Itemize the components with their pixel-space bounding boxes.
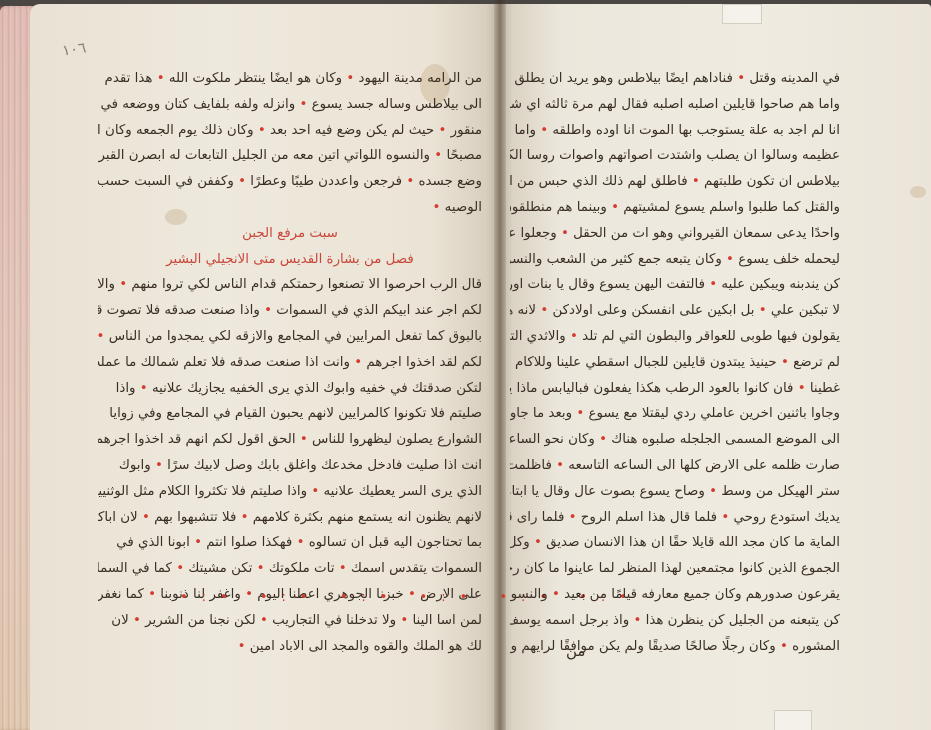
text-line: وضع جسده • فرجعن واعددن طيبًا وعطرًا • و… (98, 169, 482, 195)
rubric-dot: • (781, 355, 789, 370)
text-line: انا لم اجد به علة يستوجب بها الموت انا ا… (510, 118, 840, 144)
rubric-dot: • (264, 303, 272, 318)
rubric-dot: • (570, 329, 578, 344)
rubric-dot: • (300, 97, 308, 112)
text-line: بيلاطس ان تكون طلبتهم • فاطلق لهم ذلك ال… (510, 169, 840, 195)
text-line: منقور • حيث لم يكن وضع فيه احد بعد • وكا… (98, 118, 482, 144)
rubric-dot: • (759, 303, 767, 318)
rubric-dot: • (433, 200, 441, 215)
rubric-dot: • (354, 355, 362, 370)
rubric-dot: • (339, 561, 347, 576)
rubric-dot: • (148, 587, 156, 602)
rubric-dot: • (552, 587, 560, 602)
open-manuscript: ١٠٦ من الرامه مدينة اليهود • وكان هو ايض… (0, 0, 931, 730)
text-line: صليتم فلا تكونوا كالمرايين لانهم يحبون ا… (98, 401, 482, 427)
rubric-dot: • (300, 432, 308, 447)
text-line: لكم اجر عند ابيكم الذي في السموات • واذا… (98, 298, 482, 324)
text-line: الوصيه • (98, 195, 482, 221)
text-line: بالبوق كما تفعل المرايين في المجامع والا… (98, 324, 482, 350)
text-line: لكم لقد اخذوا اجرهم • وانت اذا صنعت صدقه… (98, 350, 482, 376)
book-gutter (494, 0, 506, 730)
rubric-dot: • (434, 148, 442, 163)
text-line: ليحمله خلف يسوع • وكان يتبعه جمع كثير من… (510, 247, 840, 273)
text-line: انت اذا صليت فادخل مخدعك واغلق بابك وصل … (98, 453, 482, 479)
text-line: لانهم يظنون انه يستمع منهم بكثرة كلامهم … (98, 505, 482, 531)
right-page-text: في المدينه وقتل • فناداهم ايضًا بيلاطس و… (510, 66, 840, 659)
paper-tab (774, 710, 812, 730)
text-line: الجموع الذين كانوا مجتمعين لهذا المنظر ل… (510, 556, 840, 582)
text-line: ستر الهيكل من وسط • وصاح يسوع بصوت عال و… (510, 479, 840, 505)
text-line: الماية ما كان مجد الله قايلا حقًا ان هذا… (510, 530, 840, 556)
rubric-dot: • (721, 510, 729, 525)
rubric-dot: • (569, 510, 577, 525)
text-line: واما هم صاحوا قايلين اصلبه اصلبه فقال له… (510, 92, 840, 118)
rubric-dot: • (406, 174, 414, 189)
text-line: بما تحتاجون اليه قبل ان تسالوه • فهكذا ص… (98, 530, 482, 556)
text-line: في المدينه وقتل • فناداهم ايضًا بيلاطس و… (510, 66, 840, 92)
text-line: من الرامه مدينة اليهود • وكان هو ايضًا ي… (98, 66, 482, 92)
text-line: قال الرب احرصوا الا تصنعوا رحمتكم قدام ا… (98, 272, 482, 298)
text-line: الشوارع يصلون ليظهروا للناس • الحق اقول … (98, 427, 482, 453)
rubric-dot: • (142, 510, 150, 525)
rubric-dot: • (98, 329, 104, 344)
rubric-dot: • (257, 561, 265, 576)
text-line: السموات يتقدس اسمك • تات ملكوتك • تكن مش… (98, 556, 482, 582)
rubric-dot: • (140, 381, 148, 396)
rubric-dot: • (561, 226, 569, 241)
rubric-heading: سبت مرفع الجبن (98, 221, 482, 247)
rubric-dot: • (176, 561, 184, 576)
rubric-dot: • (709, 277, 717, 292)
rubric-dot: • (311, 484, 319, 499)
rubric-dot: • (576, 406, 584, 421)
text-line: مصبحًا • والنسوه اللواتي اتين معه من الج… (98, 143, 482, 169)
rubric-dot: • (780, 639, 788, 654)
text-line: صارت ظلمه على الارض كلها الى الساعه التا… (510, 453, 840, 479)
text-line: المشوره • وكان رجلًا صالحًا صديقًا ولم ي… (510, 634, 840, 660)
rubric-dot: • (400, 613, 408, 628)
folio-number: ١٠٦ (61, 38, 87, 59)
text-line: لك هو الملك والقوه والمجد الى الاباد امي… (98, 634, 482, 660)
rubric-dot: • (556, 458, 564, 473)
rubric-dot: • (438, 123, 446, 138)
rubric-dot: • (633, 613, 641, 628)
rubric-dot: • (611, 200, 619, 215)
text-line: الذي يرى السر يعطيك علانيه • واذا صليتم … (98, 479, 482, 505)
rubric-dot: • (194, 535, 202, 550)
catchword: من (566, 642, 585, 660)
text-line: الى الموضع المسمى الجلجله صلبوه هناك • و… (510, 427, 840, 453)
text-line: يديك استودع روحي • فلما قال هذا اسلم الر… (510, 505, 840, 531)
text-line: وجاوا باثنين اخرين عاملي ردي ليقتلا مع ي… (510, 401, 840, 427)
rubric-dot: • (133, 613, 141, 628)
text-line: لم ترضع • حينيذ يبتدون قايلين للجبال اسق… (510, 350, 840, 376)
text-line: عظيمه وسالوا ان يصلب واشتدت اصواتهم واصو… (510, 143, 840, 169)
rubric-dot: • (260, 613, 268, 628)
left-page-text: من الرامه مدينة اليهود • وكان هو ايضًا ي… (98, 66, 482, 659)
text-line: لا تبكين علي • بل ابكين على انفسكن وعلى … (510, 298, 840, 324)
rubric-dot: • (599, 432, 607, 447)
rubric-dot: • (241, 510, 249, 525)
page-block-fore-edge (0, 6, 34, 730)
rubric-dot: • (258, 123, 266, 138)
text-line: كن يتبعنه من الجليل كن ينظرن هذا • واذ ب… (510, 608, 840, 634)
rubric-dot: • (737, 71, 745, 86)
text-line: يقرعون صدورهم وكان جميع معارفه قيامًا من… (510, 582, 840, 608)
text-line: يقولون فيها طوبى للعواقر والبطون التي لم… (510, 324, 840, 350)
rubric-dot: • (297, 535, 305, 550)
rubric-dot: • (346, 71, 354, 86)
rubric-dot: • (798, 381, 806, 396)
text-line: لمن اسا الينا • ولا تدخلنا في التجاريب •… (98, 608, 482, 634)
rubric-dot: • (709, 484, 717, 499)
text-line: والقتل كما طلبوا واسلم يسوع لمشيتهم • وب… (510, 195, 840, 221)
rubric-dot: • (238, 639, 246, 654)
paper-tab (722, 4, 762, 24)
text-line: غطينا • فان كانوا بالعود الرطب هكذا يفعل… (510, 376, 840, 402)
text-line: لتكن صدقتك في خفيه وابوك الذي يرى الخفيه… (98, 376, 482, 402)
text-line: الى بيلاطس وساله جسد يسوع • وانزله ولفه … (98, 92, 482, 118)
rubric-dot: • (540, 303, 548, 318)
rubric-dot: • (540, 123, 548, 138)
rubric-dot: • (155, 458, 163, 473)
rubric-dot: • (119, 277, 127, 292)
rubric-dot: • (692, 174, 700, 189)
rubric-dot: • (534, 535, 542, 550)
rubric-dot: • (726, 252, 734, 267)
text-line: واحدًا يدعى سمعان القيرواني وهو ات من ال… (510, 221, 840, 247)
rubric-heading: فصل من بشارة القديس متى الانجيلي البشير (98, 247, 482, 273)
rubric-dot: • (157, 71, 165, 86)
text-line: كن يندبنه ويبكين عليه • فالتفت اليهن يسو… (510, 272, 840, 298)
stain (910, 186, 926, 198)
rubric-dot: • (238, 174, 246, 189)
